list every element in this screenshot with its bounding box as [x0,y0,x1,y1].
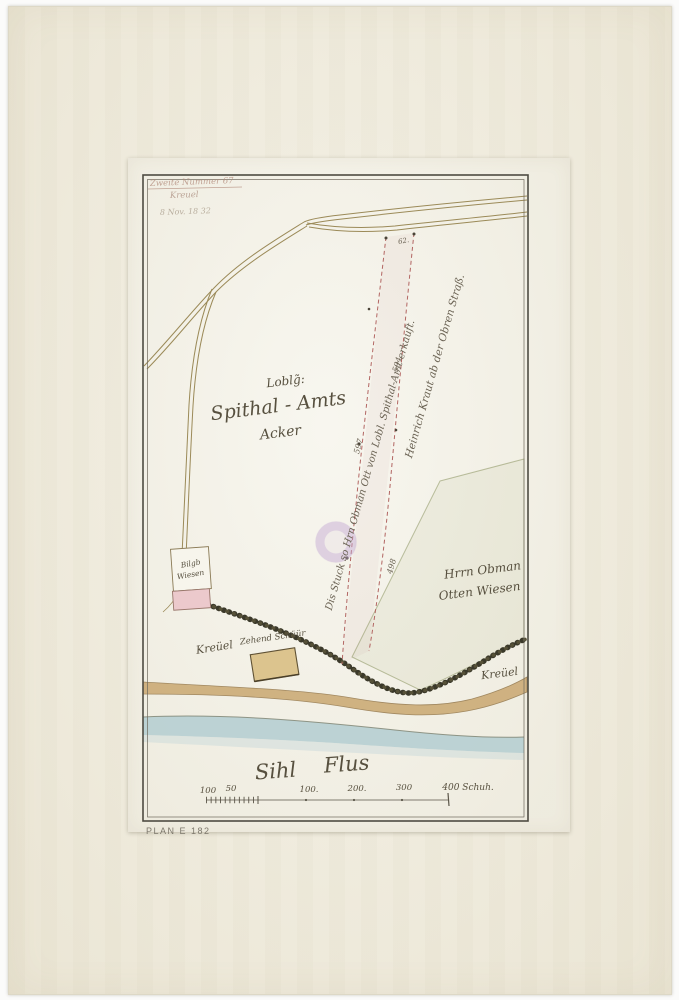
archive-note-line3: 8 Nov. 18 32 [160,206,211,217]
plan-number-label: PLAN E 182 [146,826,211,836]
kraut-label: Heinrich Kraut ab der Obren Straß. [403,273,467,461]
svg-text:100.: 100. [300,785,319,795]
road-to-left-edge [144,222,307,369]
svg-text:Spithal - Amts: Spithal - Amts [209,387,347,425]
svg-text:200.: 200. [347,784,367,794]
upper-road [304,196,527,231]
svg-text:300: 300 [396,783,413,793]
archive-note: Zweite Nummer 67 Kreuel 8 Nov. 18 32 [148,176,242,217]
scanned-plan-page: Zweite Nummer 67 Kreuel 8 Nov. 18 32 Lob… [0,0,679,1000]
svg-text:50: 50 [226,784,237,794]
scale-bar: 100 50 100. 200. 300 400 Schuh. [200,783,494,806]
kreuel-label-left: Kreüel [194,638,234,657]
zehend-building [250,648,299,682]
spital-acker-label: Loblg̃: Spithal - Amts Acker [209,372,347,444]
svg-text:Acker: Acker [257,422,303,443]
svg-text:Loblg̃:: Loblg̃: [265,372,306,391]
svg-text:Sihl: Sihl [254,758,297,785]
zehend-label: Zehend Schüür [238,628,307,647]
svg-text:597: 597 [352,437,365,455]
map-drawing: Zweite Nummer 67 Kreuel 8 Nov. 18 32 Lob… [128,158,570,832]
svg-text:100: 100 [200,786,217,796]
map-sheet: Zweite Nummer 67 Kreuel 8 Nov. 18 32 Lob… [128,158,570,832]
archive-note-line2: Kreuel [169,190,199,201]
svg-text:400 Schuh.: 400 Schuh. [441,783,494,793]
kreuel-label-right: Kreüel [479,665,519,683]
kreuel-road [143,677,527,715]
svg-text:Flus: Flus [322,750,370,777]
river-label: Sihl Flus [254,750,370,784]
